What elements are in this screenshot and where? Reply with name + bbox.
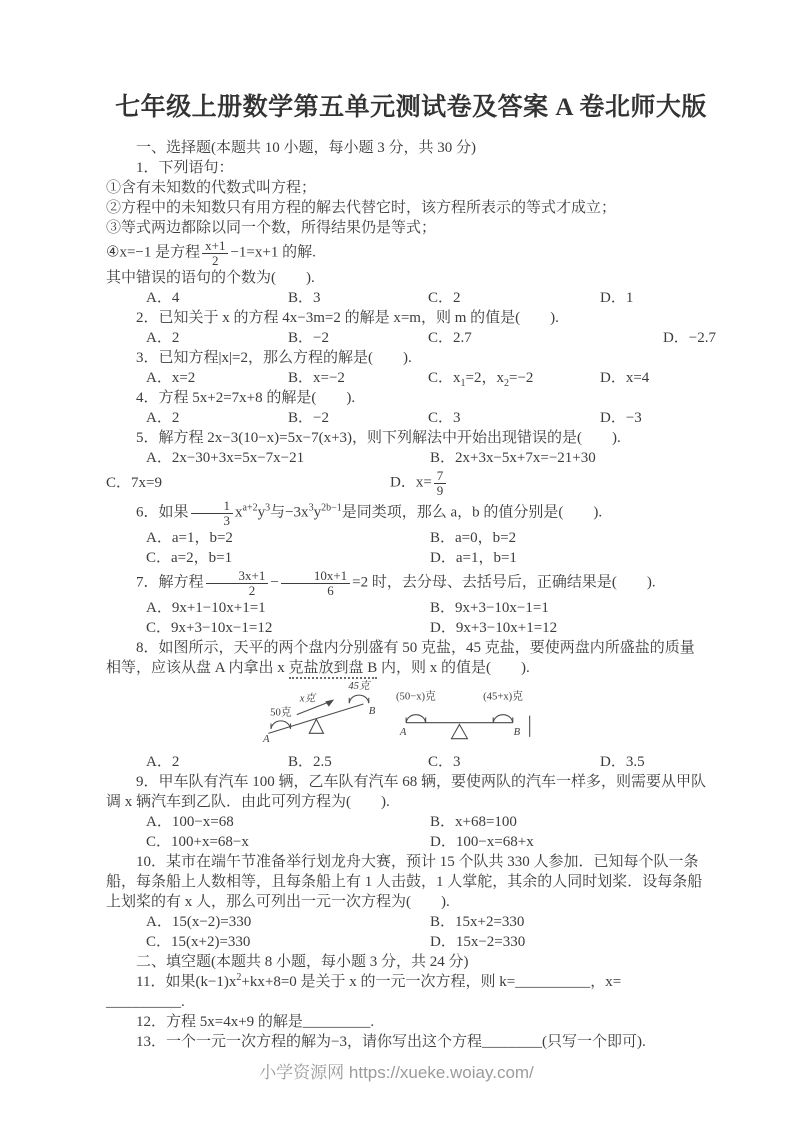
option: C．100+x=68−x — [146, 832, 430, 852]
option: B．x+68=100 — [430, 812, 716, 832]
q10-stem-line3: 上划桨的有 x 人，那么可列出一元一次方程为( ). — [106, 892, 716, 912]
q8-options: A．2 B．2.5 C．3 D．3.5 — [106, 752, 716, 772]
option: C．a=2，b=1 — [146, 548, 430, 568]
option: C．3 — [428, 408, 600, 428]
paper-content: 七年级上册数学第五单元测试卷及答案 A 卷北师大版 一、选择题(本题共 10 小… — [106, 92, 716, 1052]
page-title: 七年级上册数学第五单元测试卷及答案 A 卷北师大版 — [106, 92, 716, 124]
option: B．−2 — [288, 408, 428, 428]
balance-scale-svg: 45克 B 50克 A x克 (50−x)克 (45+x)克 — [244, 680, 554, 744]
section2-heading: 二、填空题(本题共 8 小题，每小题 3 分，共 24 分) — [106, 952, 716, 972]
option: D．x=4 — [600, 368, 716, 388]
option: D．x=79 — [390, 469, 716, 497]
option: B．3 — [288, 288, 428, 308]
arrow-label: x克 — [299, 692, 317, 704]
q9-stem-line2: 调 x 辆汽车到乙队．由此可列方程为( ). — [106, 792, 716, 812]
q1-tail: 其中错误的语句的个数为( ). — [106, 268, 716, 288]
q8-stem-line1: 8．如图所示，天平的两个盘内分别盛有 50 克盐，45 克盐，要使两盘内所盛盐的… — [106, 638, 716, 658]
q10-stem-line2: 船，每条船上人数相等，且每条船上有 1 人击鼓，1 人掌舵，其余的人同时划桨．设… — [106, 872, 716, 892]
fraction: 10x+16 — [281, 569, 350, 597]
option: A．9x+1−10x+1=1 — [146, 598, 430, 618]
right-label-b: B — [514, 727, 521, 738]
option: A．4 — [146, 288, 288, 308]
balance-scale-figure: 45克 B 50克 A x克 (50−x)克 (45+x)克 — [244, 680, 716, 750]
fraction: 3x+12 — [206, 569, 269, 597]
q3-options: A．x=2 B．x=−2 C．x1=2，x2=−2 D．x=4 — [106, 368, 716, 388]
q3-stem: 3．已知方程|x|=2，那么方程的解是( ). — [106, 348, 716, 368]
right-right-weight-label: (45+x)克 — [483, 690, 523, 703]
option: A．2 — [146, 408, 288, 428]
option: D．−3 — [600, 408, 716, 428]
option: D．3.5 — [600, 752, 716, 772]
right-left-weight-label: (50−x)克 — [396, 690, 436, 703]
fill-blank: ________ — [482, 1034, 542, 1050]
pan-b-ears — [349, 698, 369, 703]
option: D．a=1，b=1 — [430, 548, 716, 568]
option: D．100−x=68+x — [430, 832, 716, 852]
q1-stem: 1．下列语句： — [106, 158, 716, 178]
right-pan-b-ears — [493, 717, 513, 722]
site-footer: 小学资源网 https://xueke.woiay.com/ — [0, 1058, 793, 1083]
option: B．−2 — [288, 328, 428, 348]
q12-stem: 12．方程 5x=4x+9 的解是_________. — [106, 1012, 716, 1032]
q1-options: A．4 B．3 C．2 D．1 — [106, 288, 716, 308]
transfer-arrow-head — [325, 700, 334, 707]
q8-stem-line2: 相等，应该从盘 A 内拿出 x 克盐放到盘 B 内，则 x 的值是( ). — [106, 658, 716, 678]
q6-stem: 6．如果13xa+2y3与−3x3y2b−1是同类项，那么 a，b 的值分别是(… — [106, 498, 716, 528]
q1-statement-3: ③等式两边都除以同一个数，所得结果仍是等式； — [106, 218, 716, 238]
option: B．a=0，b=2 — [430, 528, 716, 548]
option: B．2.5 — [288, 752, 428, 772]
right-pan-b-bowl — [493, 715, 513, 723]
q13-stem: 13．一个一元一次方程的解为−3，请你写出这个方程________(只写一个即可… — [106, 1032, 716, 1052]
option: A．100−x=68 — [146, 812, 430, 832]
option: B．15x+2=330 — [430, 912, 716, 932]
option: B．x=−2 — [288, 368, 428, 388]
left-pan-b-weight-label: 45克 — [348, 680, 371, 692]
right-fulcrum — [451, 724, 467, 738]
q6-options-ab: A．a=1，b=2 B．a=0，b=2 — [106, 528, 716, 548]
q7-options-ab: A．9x+1−10x+1=1 B．9x+3−10x−1=1 — [106, 598, 716, 618]
fill-blank: __________ — [515, 974, 590, 990]
q1-statement-4: ④x=−1 是方程x+12−1=x+1 的解. — [106, 238, 716, 268]
fraction: 13 — [191, 499, 234, 527]
q5-options-ab: A．2x−30+3x=5x−7x−21 B．2x+3x−5x+7x=−21+30 — [106, 448, 716, 468]
option: C．7x=9 — [106, 473, 390, 493]
emphasized-text: 克盐放到盘 B — [289, 660, 378, 679]
q5-options-cd: C．7x=9 D．x=79 — [106, 468, 716, 498]
option: D．15x−2=330 — [430, 932, 716, 952]
option: D．1 — [600, 288, 716, 308]
q10-options-cd: C．15(x+2)=330 D．15x−2=330 — [106, 932, 716, 952]
q1-statement-1: ①含有未知数的代数式叫方程； — [106, 178, 716, 198]
option: C．2.7 — [428, 328, 600, 348]
q9-options-cd: C．100+x=68−x D．100−x=68+x — [106, 832, 716, 852]
option: A．2x−30+3x=5x−7x−21 — [146, 448, 430, 468]
option: A．a=1，b=2 — [146, 528, 430, 548]
q11-stem-line2: __________. — [106, 992, 716, 1012]
section1-heading: 一、选择题(本题共 10 小题，每小题 3 分，共 30 分) — [106, 138, 716, 158]
q4-stem: 4．方程 5x+2=7x+8 的解是( ). — [106, 388, 716, 408]
option: C．9x+3−10x−1=12 — [146, 618, 430, 638]
left-label-a: A — [262, 734, 270, 744]
left-pan-a-weight-label: 50克 — [270, 706, 292, 719]
q7-stem: 7．解方程3x+12−10x+16=2 时，去分母、去括号后，正确结果是( ). — [106, 568, 716, 598]
q5-stem: 5．解方程 2x−3(10−x)=5x−7(x+3)，则下列解法中开始出现错误的… — [106, 428, 716, 448]
option: D．9x+3−10x+1=12 — [430, 618, 716, 638]
q9-stem-line1: 9．甲车队有汽车 100 辆，乙车队有汽车 68 辆，要使两队的汽车一样多，则需… — [106, 772, 716, 792]
fill-blank: _________ — [303, 1014, 371, 1030]
q10-stem-line1: 10．某市在端午节准备举行划龙舟大赛，预计 15 个队共 330 人参加．已知每… — [106, 852, 716, 872]
left-fulcrum — [309, 719, 323, 733]
q4-options: A．2 B．−2 C．3 D．−3 — [106, 408, 716, 428]
q2-stem: 2．已知关于 x 的方程 4x−3m=2 的解是 x=m，则 m 的值是( ). — [106, 308, 716, 328]
option: A．15(x−2)=330 — [146, 912, 430, 932]
right-pan-a-bowl — [406, 715, 426, 723]
option: D．−2.7 — [663, 328, 716, 348]
q10-options-ab: A．15(x−2)=330 B．15x+2=330 — [106, 912, 716, 932]
q11-stem-line1: 11．如果(k−1)x2+kx+8=0 是关于 x 的一元一次方程，则 k=__… — [106, 972, 716, 992]
left-label-b: B — [369, 706, 376, 717]
option: C．2 — [428, 288, 600, 308]
option: B．9x+3−10x−1=1 — [430, 598, 716, 618]
test-paper-page: 七年级上册数学第五单元测试卷及答案 A 卷北师大版 一、选择题(本题共 10 小… — [0, 0, 793, 1122]
pan-a-ears — [271, 724, 291, 729]
option: B．2x+3x−5x+7x=−21+30 — [430, 448, 716, 468]
right-label-a: A — [399, 727, 407, 738]
option: C．x1=2，x2=−2 — [428, 368, 600, 388]
q7-options-cd: C．9x+3−10x−1=12 D．9x+3−10x+1=12 — [106, 618, 716, 638]
q2-options: A．2 B．−2 C．2.7 D．−2.7 — [106, 328, 716, 348]
pan-b-bowl — [349, 695, 369, 703]
option: C．15(x+2)=330 — [146, 932, 430, 952]
option: A．x=2 — [146, 368, 288, 388]
option: A．2 — [146, 752, 288, 772]
right-pan-a-ears — [406, 717, 426, 722]
q6-options-cd: C．a=2，b=1 D．a=1，b=1 — [106, 548, 716, 568]
fraction: 79 — [434, 469, 447, 497]
q1-statement-2: ②方程中的未知数只有用方程的解去代替它时，该方程所表示的等式才成立； — [106, 198, 716, 218]
option: C．3 — [428, 752, 600, 772]
option: A．2 — [146, 328, 288, 348]
fraction: x+12 — [202, 239, 228, 267]
q9-options-ab: A．100−x=68 B．x+68=100 — [106, 812, 716, 832]
